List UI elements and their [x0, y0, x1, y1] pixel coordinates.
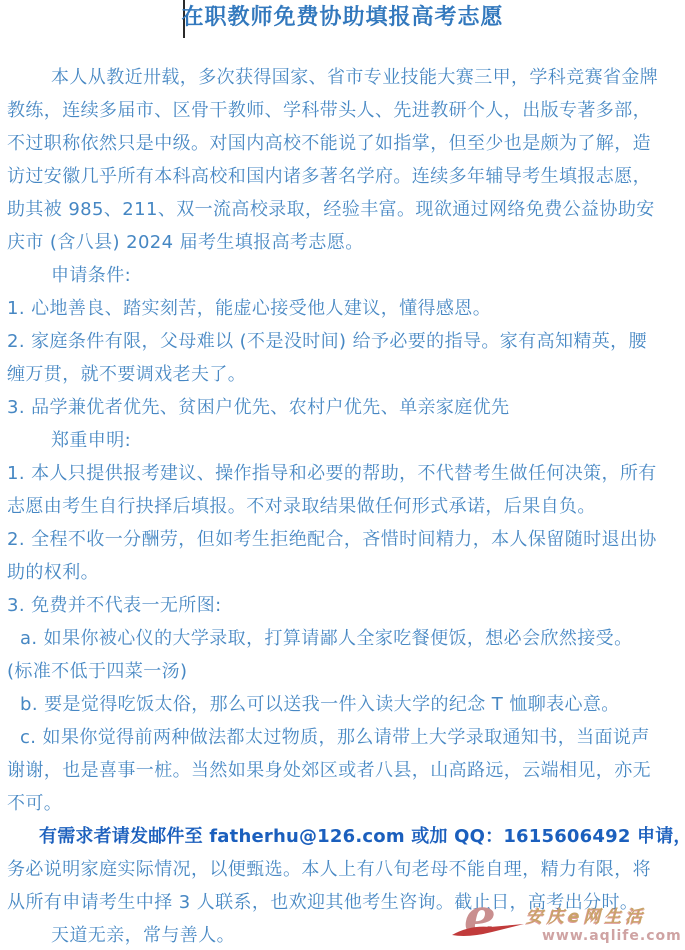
doc-line: 本人从教近卅载，多次获得国家、省市专业技能大赛三甲，学科竞赛省金牌 [7, 61, 678, 94]
doc-line: 缠万贯，就不要调戏老夫了。 [7, 358, 678, 391]
document-title: 在职教师免费协助填报高考志愿 [0, 1, 685, 35]
watermark-site-name: 安庆e网生活 [526, 902, 647, 927]
doc-line: 务必说明家庭实际情况，以便甄选。本人上有八旬老母不能自理，精力有限，将 [7, 853, 678, 886]
contact-line: 有需求者请发邮件至 fatherhu@126.com 或加 QQ：1615606… [7, 820, 678, 853]
doc-line: 助其被 985、211、双一流高校录取，经验丰富。现欲通过网络免费公益协助安 [7, 193, 678, 226]
doc-line: 志愿由考生自行抉择后填报。不对录取结果做任何形式承诺，后果自负。 [7, 490, 678, 523]
document-body: 本人从教近卅载，多次获得国家、省市专业技能大赛三甲，学科竞赛省金牌 教练，连续多… [7, 61, 678, 950]
doc-line: 3. 品学兼优者优先、贫困户优先、农村户优先、单亲家庭优先 [7, 391, 678, 424]
doc-line: 访过安徽几乎所有本科高校和国内诸多著名学府。连续多年辅导考生填报志愿， [7, 160, 678, 193]
doc-line: 教练，连续多届市、区骨干教师、学科带头人、先进教研个人，出版专著多部， [7, 94, 678, 127]
doc-line: 不可。 [7, 787, 678, 820]
site-watermark: e 安庆e网生活 www.aqlife.com [452, 898, 685, 950]
doc-section-label: 郑重申明: [7, 424, 678, 457]
doc-line: 谢谢，也是喜事一桩。当然如果身处郊区或者八县，山高路远，云端相见，亦无 [7, 754, 678, 787]
doc-line: (标准不低于四菜一汤) [7, 655, 678, 688]
doc-line: b. 要是觉得吃饭太俗，那么可以送我一件入读大学的纪念 T 恤聊表心意。 [7, 688, 678, 721]
doc-line: c. 如果你觉得前两种做法都太过物质，那么请带上大学录取通知书，当面说声 [7, 721, 678, 754]
doc-line: 1. 心地善良、踏实刻苦，能虚心接受他人建议，懂得感恩。 [7, 292, 678, 325]
document-page: 在职教师免费协助填报高考志愿 本人从教近卅载，多次获得国家、省市专业技能大赛三甲… [0, 0, 685, 950]
doc-section-label: 申请条件: [7, 259, 678, 292]
watermark-site-url: www.aqlife.com [542, 928, 682, 944]
doc-line: 2. 家庭条件有限，父母难以 (不是没时间) 给予必要的指导。家有高知精英，腰 [7, 325, 678, 358]
doc-line: 庆市 (含八县) 2024 届考生填报高考志愿。 [7, 226, 678, 259]
swoosh-icon [452, 922, 524, 938]
doc-line: 助的权利。 [7, 556, 678, 589]
doc-line: 1. 本人只提供报考建议、操作指导和必要的帮助，不代替考生做任何决策，所有 [7, 457, 678, 490]
doc-line: 2. 全程不收一分酬劳，但如考生拒绝配合，吝惜时间精力，本人保留随时退出协 [7, 523, 678, 556]
doc-line: a. 如果你被心仪的大学录取，打算请鄙人全家吃餐便饭，想必会欣然接受。 [7, 622, 678, 655]
doc-line: 不过职称依然只是中级。对国内高校不能说了如指掌，但至少也是颇为了解，造 [7, 127, 678, 160]
doc-line: 3. 免费并不代表一无所图: [7, 589, 678, 622]
